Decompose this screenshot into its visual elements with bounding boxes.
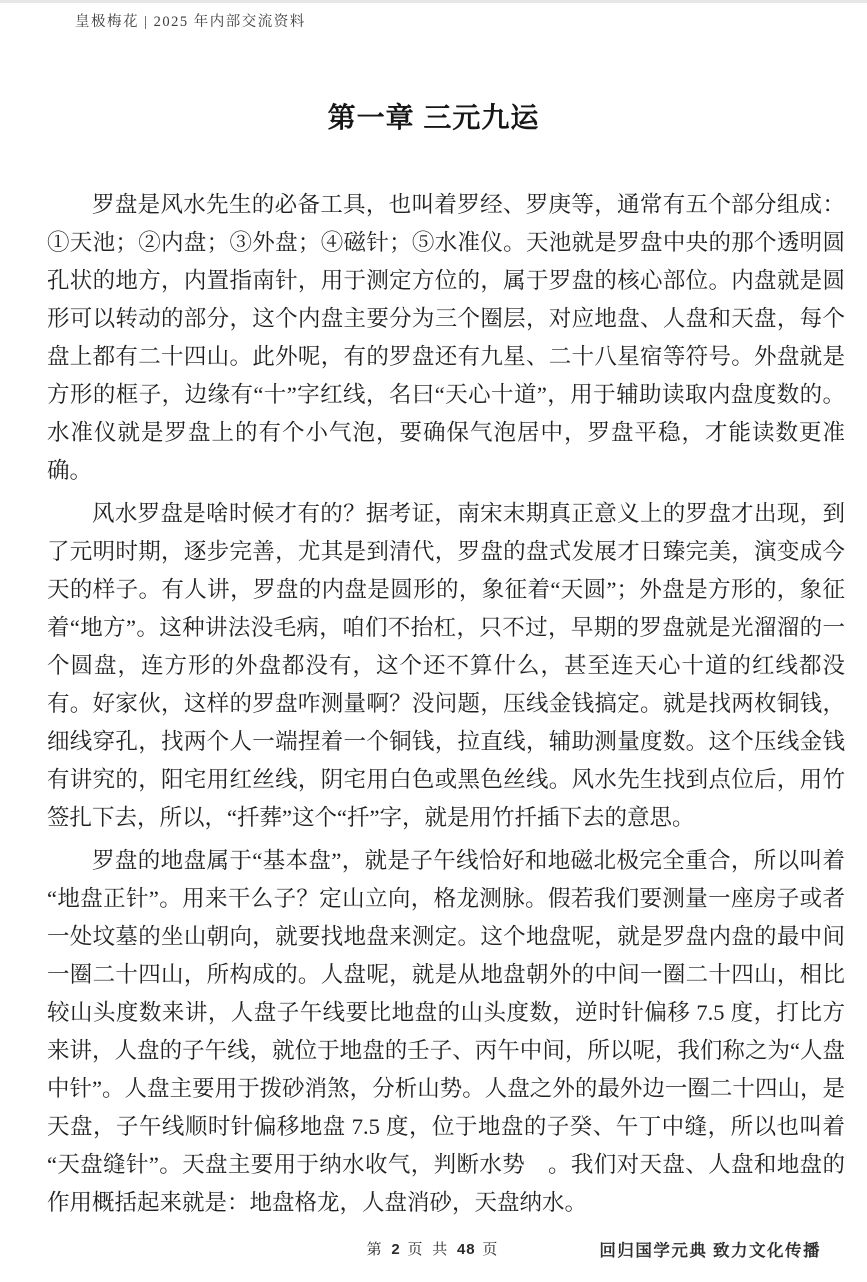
paragraph-2: 风水罗盘是啥时候才有的？据考证，南宋末期真正意义上的罗盘才出现，到了元明时期，逐… <box>47 495 845 837</box>
header-text: 皇极梅花 | 2025 年内部交流资料 <box>75 14 306 30</box>
page-footer: 第 2 页 共 48 页 回归国学元典 致力文化传播 <box>0 1239 867 1265</box>
footer-slogan: 回归国学元典 致力文化传播 <box>599 1239 821 1263</box>
document-page: 皇极梅花 | 2025 年内部交流资料 第一章 三元九运 罗盘是风水先生的必备工… <box>0 0 867 1282</box>
page-number-prefix: 第 <box>367 1242 385 1258</box>
document-body: 罗盘是风水先生的必备工具，也叫着罗经、罗庚等，通常有五个部分组成：①天池；②内盘… <box>47 186 845 1222</box>
page-number-middle: 页 共 <box>407 1242 450 1258</box>
paragraph-3: 罗盘的地盘属于“基本盘”，就是子午线恰好和地磁北极完全重合，所以叫着“地盘正针”… <box>47 842 845 1222</box>
page-number-suffix: 页 <box>482 1242 500 1258</box>
current-page-number: 2 <box>391 1241 400 1258</box>
total-page-number: 48 <box>457 1241 476 1258</box>
paragraph-1: 罗盘是风水先生的必备工具，也叫着罗经、罗庚等，通常有五个部分组成：①天池；②内盘… <box>47 186 845 490</box>
page-header: 皇极梅花 | 2025 年内部交流资料 <box>0 3 867 32</box>
chapter-title: 第一章 三元九运 <box>0 98 867 138</box>
